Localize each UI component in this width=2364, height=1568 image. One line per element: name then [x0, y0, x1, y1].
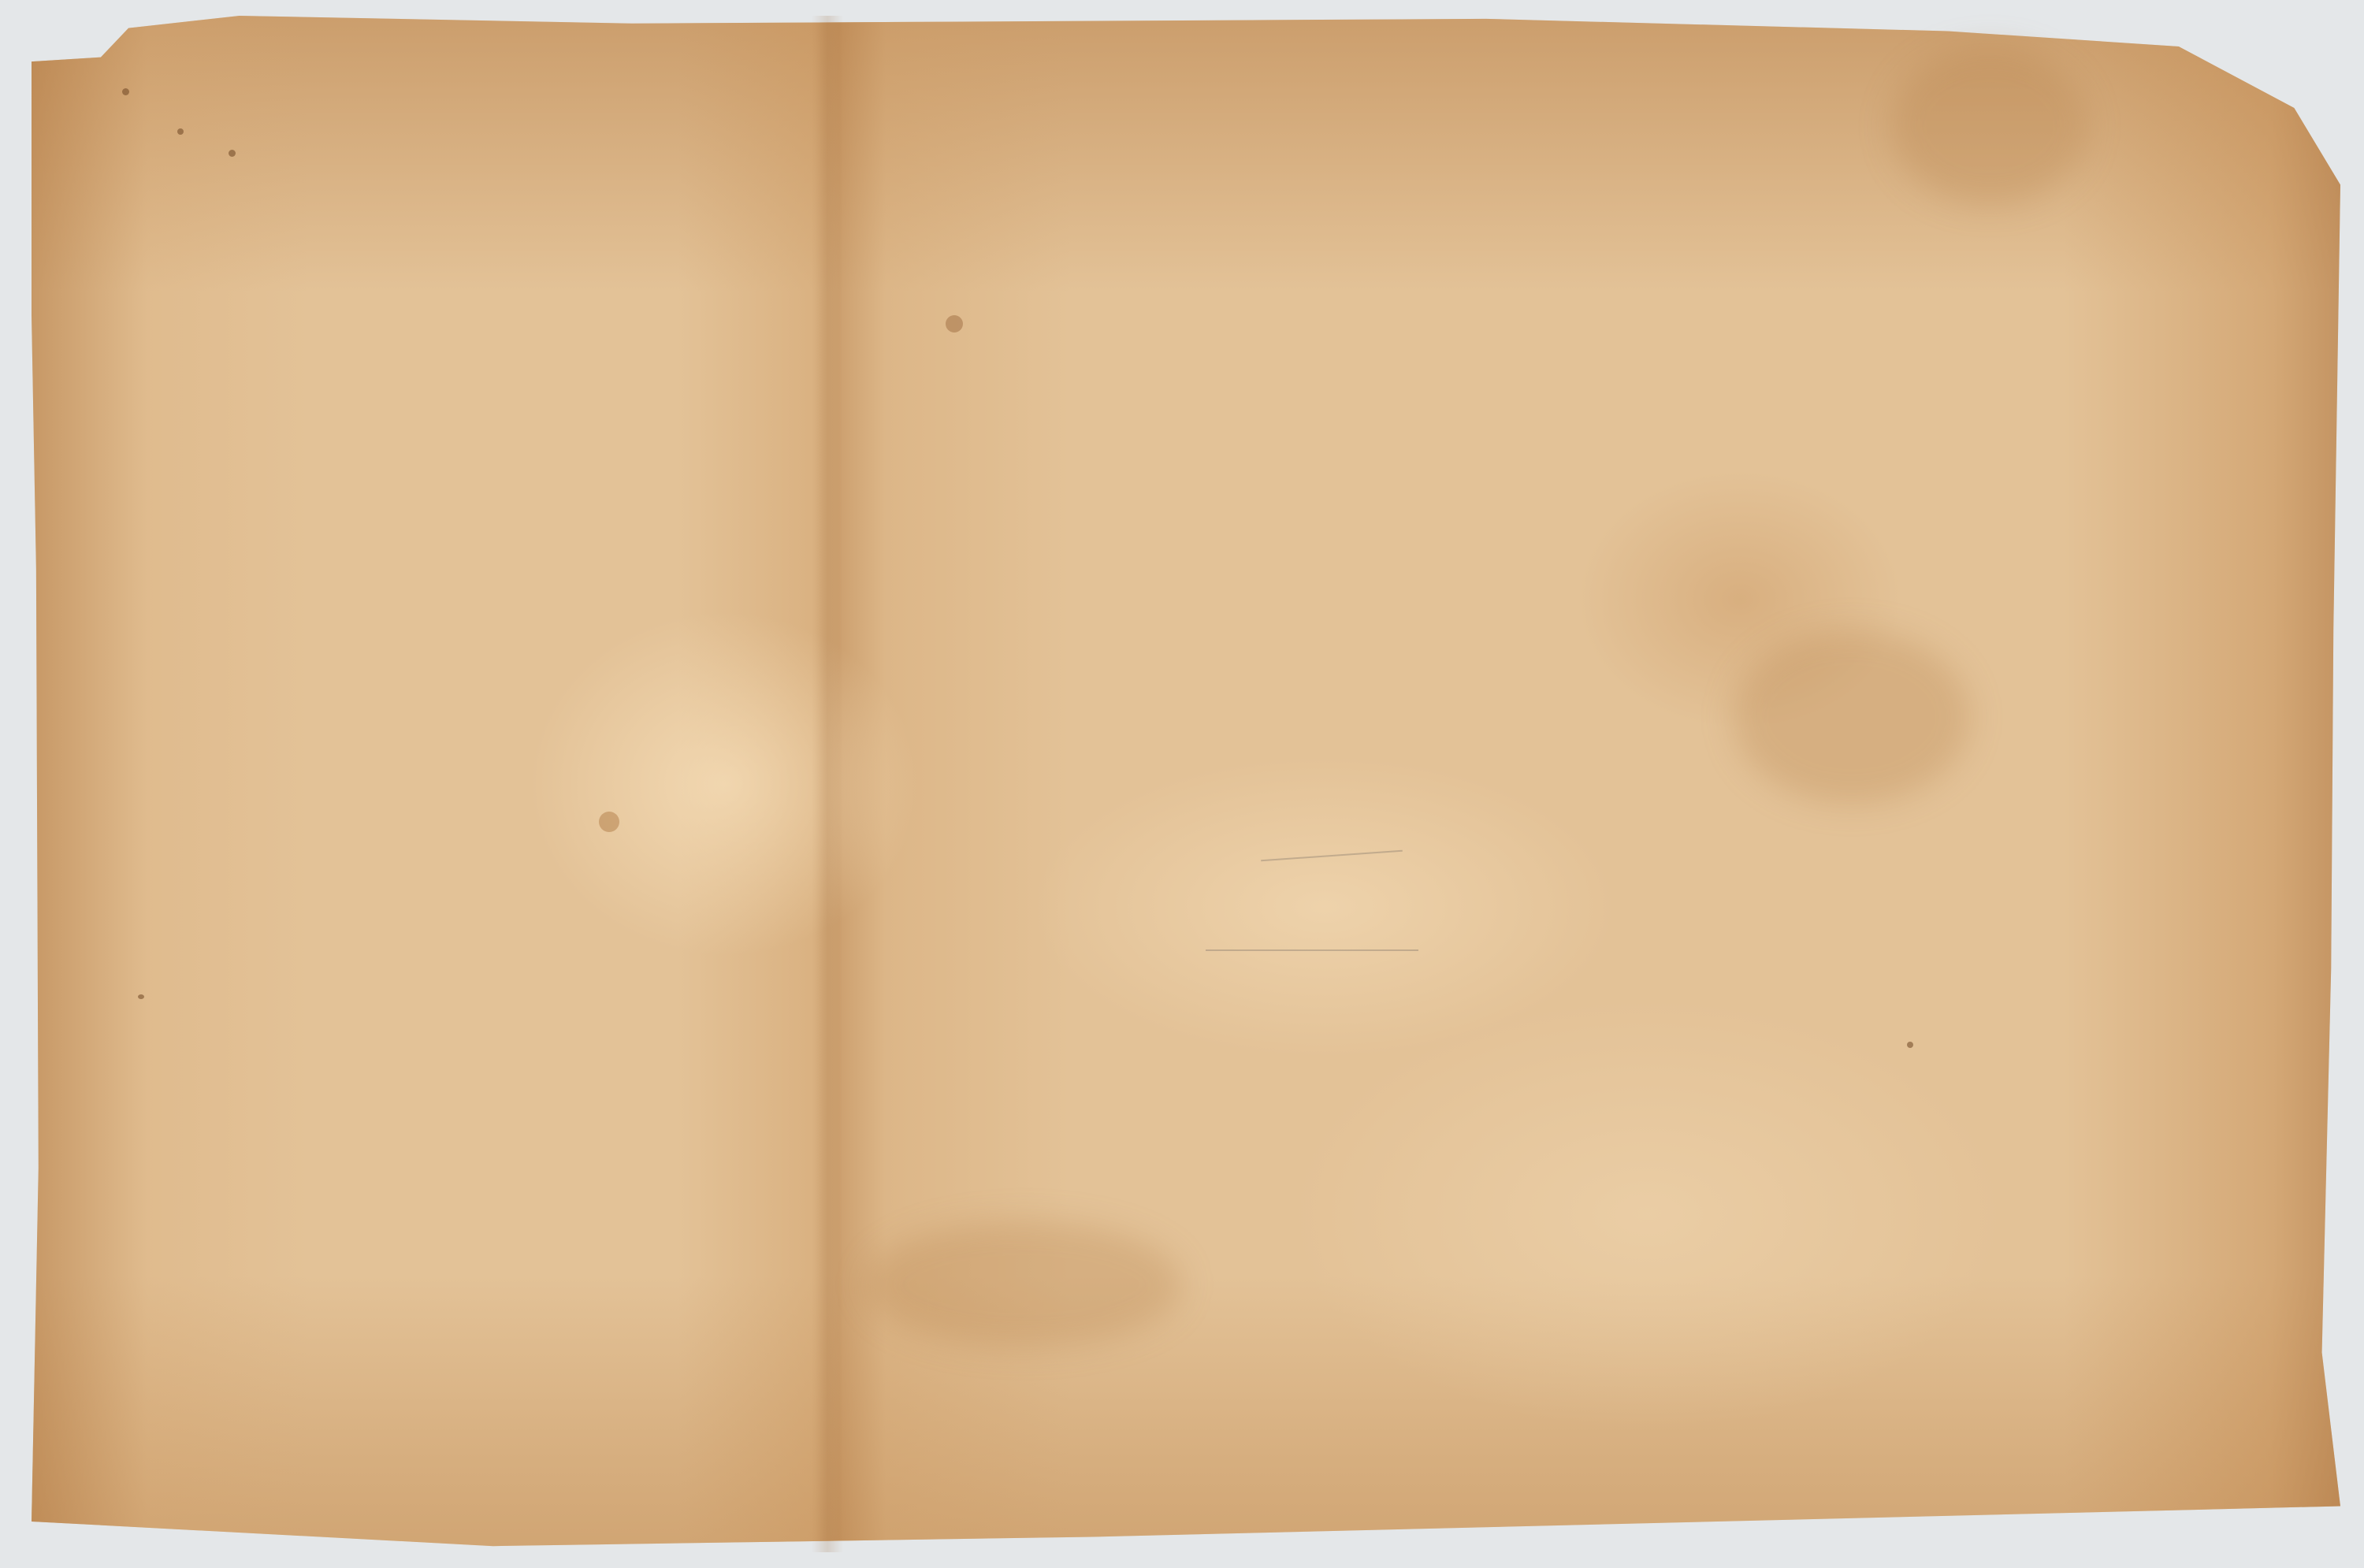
water-stain [867, 1221, 1182, 1347]
foxing-spot [177, 128, 184, 135]
foxing-spot [946, 315, 963, 333]
vertical-fold-line [812, 16, 843, 1552]
water-stain [1734, 630, 1970, 804]
water-stain [1891, 47, 2088, 205]
foxing-spot [599, 812, 619, 832]
foxing-spot [229, 150, 236, 157]
foxing-spot [122, 88, 129, 95]
aged-paper-sheet [32, 16, 2340, 1552]
faint-pencil-mark [1206, 949, 1418, 951]
foxing-spot [138, 994, 144, 999]
foxing-spot [1907, 1042, 1913, 1048]
